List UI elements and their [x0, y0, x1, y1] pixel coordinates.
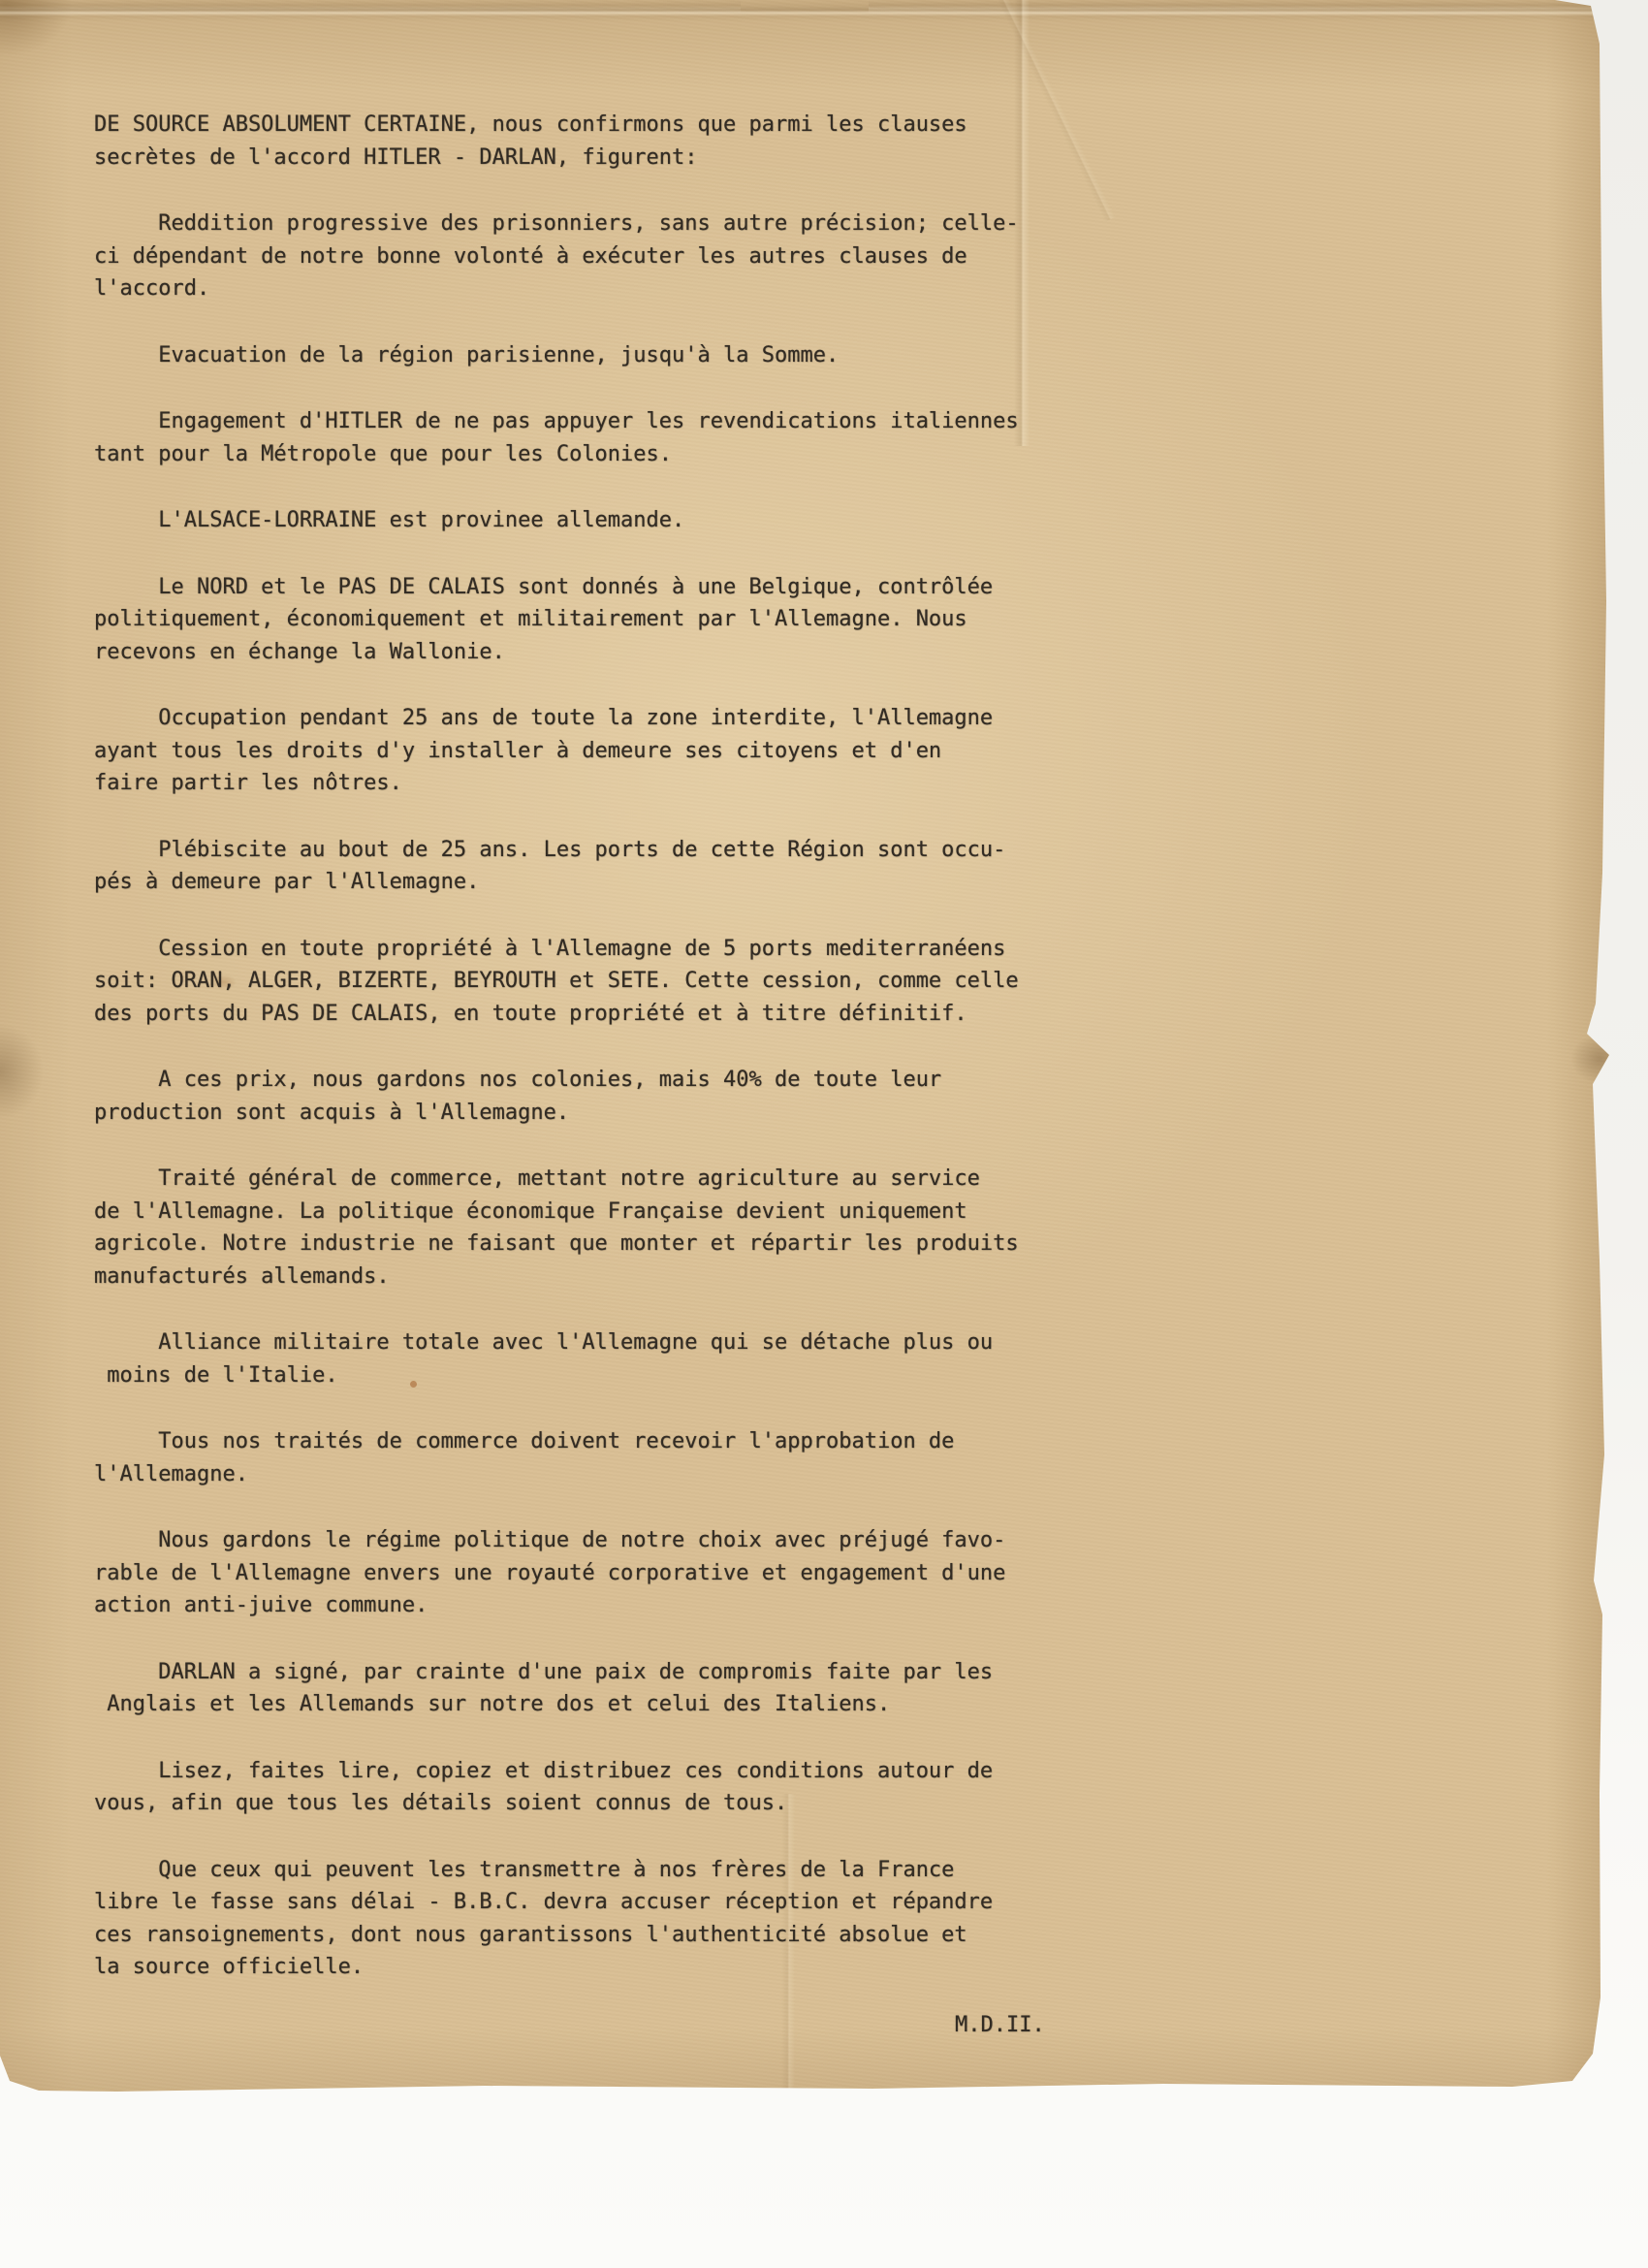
- paragraph: Engagement d'HITLER de ne pas appuyer le…: [94, 405, 1609, 470]
- paragraph: Plébiscite au bout de 25 ans. Les ports …: [94, 834, 1609, 899]
- paragraph: L'ALSACE-LORRAINE est provinee allemande…: [94, 504, 1609, 537]
- paragraph: A ces prix, nous gardons nos colonies, m…: [94, 1064, 1609, 1129]
- scanned-page: DE SOURCE ABSOLUMENT CERTAINE, nous conf…: [0, 0, 1609, 2094]
- paragraph: Que ceux qui peuvent les transmettre à n…: [94, 1854, 1609, 1984]
- document-body: DE SOURCE ABSOLUMENT CERTAINE, nous conf…: [0, 0, 1609, 2094]
- paragraph: Nous gardons le régime politique de notr…: [94, 1524, 1609, 1622]
- paragraph: Occupation pendant 25 ans de toute la zo…: [94, 702, 1609, 800]
- paragraph: Evacuation de la région parisienne, jusq…: [94, 339, 1609, 372]
- paragraph: Alliance militaire totale avec l'Allemag…: [94, 1326, 1609, 1391]
- paragraph: DE SOURCE ABSOLUMENT CERTAINE, nous conf…: [94, 109, 1609, 174]
- signature: M.D.II.: [955, 2009, 1045, 2042]
- paragraph: Traité général de commerce, mettant notr…: [94, 1163, 1609, 1293]
- scan-background: DE SOURCE ABSOLUMENT CERTAINE, nous conf…: [0, 0, 1648, 2268]
- paragraph: Cession en toute propriété à l'Allemagne…: [94, 933, 1609, 1031]
- paragraph: Lisez, faites lire, copiez et distribuez…: [94, 1755, 1609, 1820]
- paragraph: Tous nos traités de commerce doivent rec…: [94, 1425, 1609, 1490]
- paragraph: Reddition progressive des prisonniers, s…: [94, 208, 1609, 305]
- paragraph: DARLAN a signé, par crainte d'une paix d…: [94, 1656, 1609, 1721]
- paragraph: Le NORD et le PAS DE CALAIS sont donnés …: [94, 571, 1609, 669]
